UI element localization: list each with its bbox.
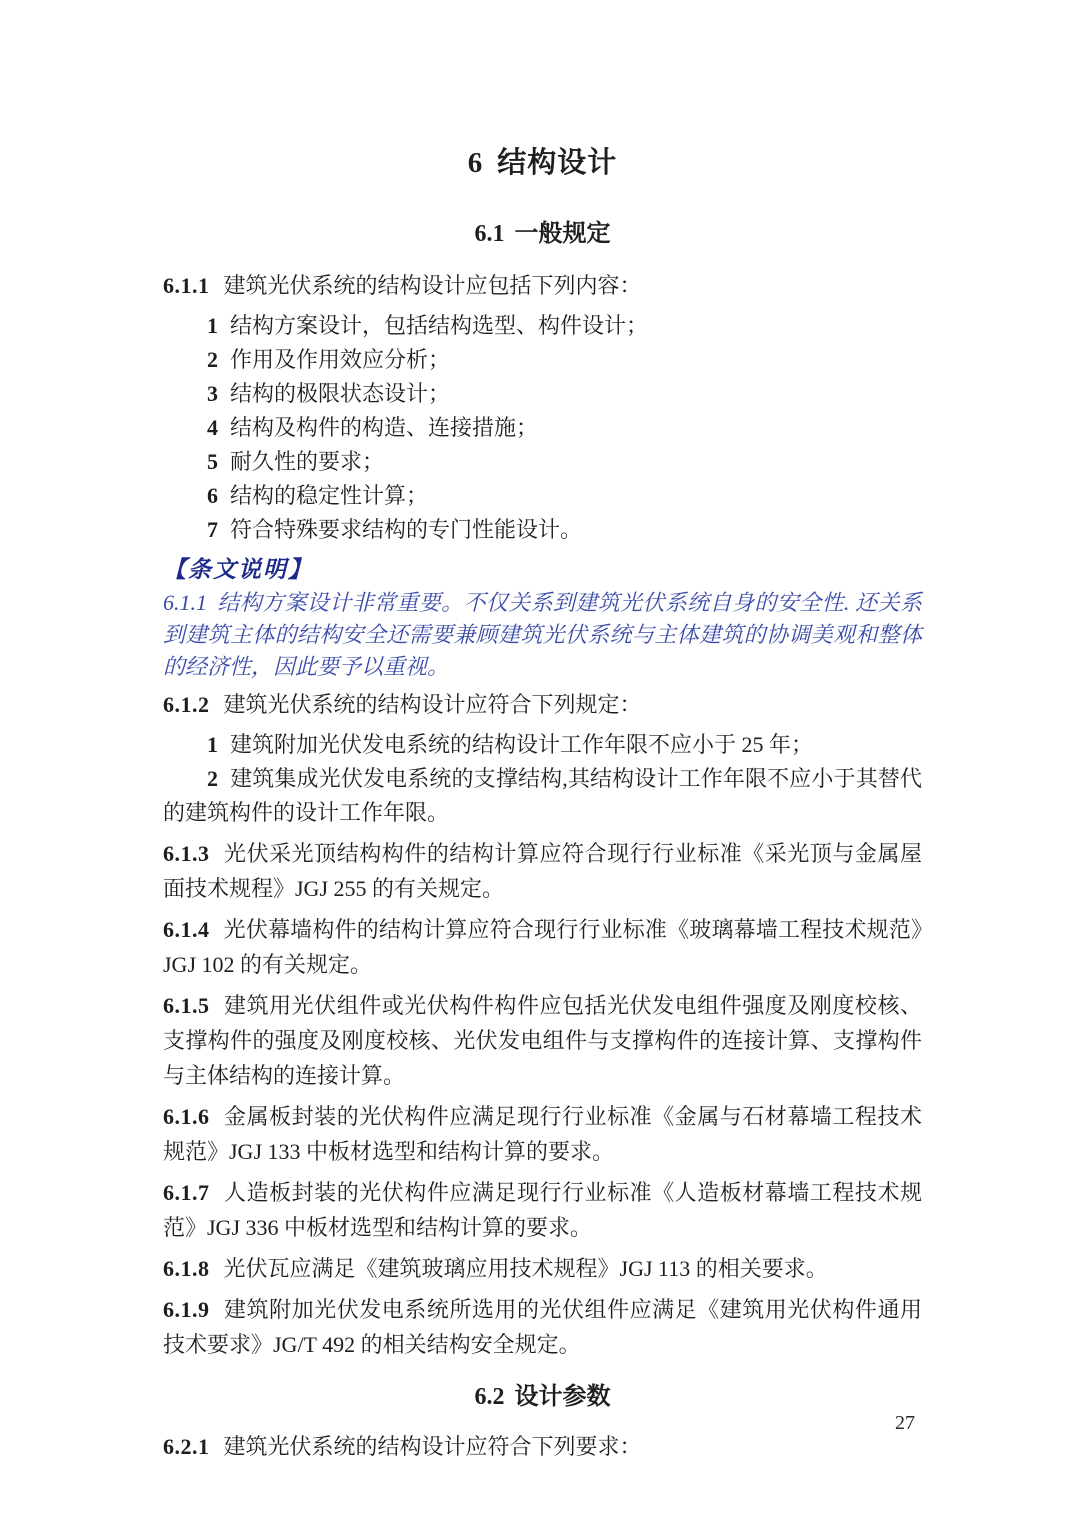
section-title-6-1: 6.1一般规定 [163, 213, 922, 248]
chapter-number: 6 [468, 147, 484, 179]
item-text: 符合特殊要求结构的专门性能设计。 [230, 517, 582, 542]
clause-6-1-8-text: 光伏瓦应满足《建筑玻璃应用技术规程》JGJ 113 的相关要求。 [224, 1256, 828, 1281]
item-text: 建筑集成光伏发电系统的支撑结构,其结构设计工作年限不应小于其替代的建筑构件的设计… [163, 766, 922, 825]
clause-6-1-2: 6.1.2建筑光伏系统的结构设计应符合下列规定： [163, 687, 922, 722]
commentary-6-1-1-number: 6.1.1 [163, 590, 207, 615]
item-number: 5 [207, 449, 218, 474]
item-text: 作用及作用效应分析； [230, 347, 450, 372]
item-number: 2 [207, 347, 218, 372]
item-number: 3 [207, 381, 218, 406]
clause-6-1-7-number: 6.1.7 [163, 1180, 210, 1205]
list-item: 4结构及构件的构造、连接措施； [163, 411, 922, 445]
item-number: 2 [207, 766, 218, 791]
clause-6-1-3-text: 光伏采光顶结构构件的结构计算应符合现行行业标准《采光顶与金属屋面技术规程》JGJ… [163, 841, 922, 901]
commentary-label: 【条文说明】 [163, 553, 922, 587]
section-6-2-number: 6.2 [475, 1384, 505, 1410]
clause-6-1-5-number: 6.1.5 [163, 993, 210, 1018]
clause-6-1-6: 6.1.6金属板封装的光伏构件应满足现行行业标准《金属与石材幕墙工程技术规范》J… [163, 1099, 922, 1169]
item-text: 结构的稳定性计算； [230, 483, 428, 508]
chapter-title-text: 结构设计 [497, 147, 617, 179]
clause-6-1-5-text: 建筑用光伏组件或光伏构件构件应包括光伏发电组件强度及刚度校核、支撑构件的强度及刚… [163, 993, 922, 1088]
list-item: 6结构的稳定性计算； [163, 479, 922, 513]
item-number: 7 [207, 517, 218, 542]
section-6-1-number: 6.1 [475, 221, 505, 247]
clause-6-1-5: 6.1.5建筑用光伏组件或光伏构件构件应包括光伏发电组件强度及刚度校核、支撑构件… [163, 988, 922, 1093]
clause-6-1-7-text: 人造板封装的光伏构件应满足现行行业标准《人造板材幕墙工程技术规范》JGJ 336… [163, 1180, 922, 1240]
clause-6-2-1: 6.2.1建筑光伏系统的结构设计应符合下列要求： [163, 1429, 922, 1464]
commentary-6-1-1: 6.1.1结构方案设计非常重要。不仅关系到建筑光伏系统自身的安全性. 还关系到建… [163, 587, 922, 683]
commentary-6-1-1-text: 结构方案设计非常重要。不仅关系到建筑光伏系统自身的安全性. 还关系到建筑主体的结… [163, 590, 922, 679]
item-text: 结构及构件的构造、连接措施； [230, 415, 538, 440]
clause-6-1-4-number: 6.1.4 [163, 917, 210, 942]
clause-6-1-6-number: 6.1.6 [163, 1104, 210, 1129]
clause-6-1-4: 6.1.4光伏幕墙构件的结构计算应符合现行行业标准《玻璃幕墙工程技术规范》JGJ… [163, 912, 922, 982]
clause-6-1-9: 6.1.9建筑附加光伏发电系统所选用的光伏组件应满足《建筑用光伏构件通用技术要求… [163, 1292, 922, 1362]
clause-6-1-8-number: 6.1.8 [163, 1256, 210, 1281]
clause-6-1-1-text: 建筑光伏系统的结构设计应包括下列内容： [224, 273, 642, 298]
item-number: 1 [207, 732, 218, 757]
clause-6-1-3-number: 6.1.3 [163, 841, 210, 866]
page-number: 27 [895, 1412, 915, 1435]
clause-6-1-2-text: 建筑光伏系统的结构设计应符合下列规定： [224, 692, 642, 717]
list-item: 5耐久性的要求； [163, 445, 922, 479]
item-text: 耐久性的要求； [230, 449, 384, 474]
section-6-2-title-text: 设计参数 [515, 1384, 611, 1410]
clause-6-1-2-number: 6.1.2 [163, 692, 210, 717]
clause-6-1-8: 6.1.8光伏瓦应满足《建筑玻璃应用技术规程》JGJ 113 的相关要求。 [163, 1251, 922, 1286]
clause-6-1-7: 6.1.7人造板封装的光伏构件应满足现行行业标准《人造板材幕墙工程技术规范》JG… [163, 1175, 922, 1245]
chapter-title: 6结构设计 [163, 140, 922, 181]
clause-6-1-9-number: 6.1.9 [163, 1297, 210, 1322]
clause-6-1-1-number: 6.1.1 [163, 273, 210, 298]
clause-6-1-6-text: 金属板封装的光伏构件应满足现行行业标准《金属与石材幕墙工程技术规范》JGJ 13… [163, 1104, 922, 1164]
page-content: 6结构设计 6.1一般规定 6.1.1建筑光伏系统的结构设计应包括下列内容： 1… [163, 140, 922, 1470]
item-number: 4 [207, 415, 218, 440]
list-item: 2建筑集成光伏发电系统的支撑结构,其结构设计工作年限不应小于其替代的建筑构件的设… [163, 762, 922, 830]
section-6-1-title-text: 一般规定 [515, 221, 611, 247]
list-item: 1结构方案设计，包括结构选型、构件设计； [163, 309, 922, 343]
clause-6-1-1: 6.1.1建筑光伏系统的结构设计应包括下列内容： [163, 268, 922, 303]
clause-6-1-9-text: 建筑附加光伏发电系统所选用的光伏组件应满足《建筑用光伏构件通用技术要求》JG/T… [163, 1297, 922, 1357]
section-title-6-2: 6.2设计参数 [163, 1376, 922, 1411]
clause-6-2-1-text: 建筑光伏系统的结构设计应符合下列要求： [224, 1434, 642, 1459]
item-text: 结构的极限状态设计； [230, 381, 450, 406]
item-number: 1 [207, 313, 218, 338]
clause-6-1-2-items: 1建筑附加光伏发电系统的结构设计工作年限不应小于 25 年； 2建筑集成光伏发电… [163, 728, 922, 830]
item-text: 建筑附加光伏发电系统的结构设计工作年限不应小于 25 年； [230, 732, 813, 757]
clause-6-1-4-text: 光伏幕墙构件的结构计算应符合现行行业标准《玻璃幕墙工程技术规范》JGJ 102 … [163, 917, 922, 977]
list-item: 3结构的极限状态设计； [163, 377, 922, 411]
list-item: 7符合特殊要求结构的专门性能设计。 [163, 513, 922, 547]
document-page: 6结构设计 6.1一般规定 6.1.1建筑光伏系统的结构设计应包括下列内容： 1… [0, 0, 1080, 1527]
item-text: 结构方案设计，包括结构选型、构件设计； [230, 313, 648, 338]
list-item: 1建筑附加光伏发电系统的结构设计工作年限不应小于 25 年； [163, 728, 922, 762]
item-number: 6 [207, 483, 218, 508]
clause-6-1-1-items: 1结构方案设计，包括结构选型、构件设计； 2作用及作用效应分析； 3结构的极限状… [163, 309, 922, 547]
clause-6-1-3: 6.1.3光伏采光顶结构构件的结构计算应符合现行行业标准《采光顶与金属屋面技术规… [163, 836, 922, 906]
list-item: 2作用及作用效应分析； [163, 343, 922, 377]
clause-6-2-1-number: 6.2.1 [163, 1434, 210, 1459]
